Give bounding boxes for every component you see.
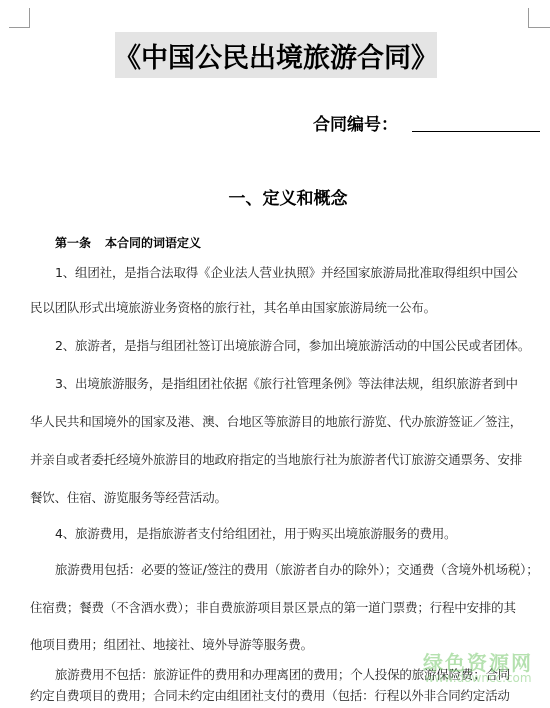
paragraph-line: 住宿费；餐费（不含酒水费）；非自费旅游项目景区景点的第一道门票费；行程中安排的其: [30, 598, 516, 616]
document-page: 《中国公民出境旅游合同》 合同编号： 一、定义和概念 第一条本合同的词语定义 1…: [0, 0, 550, 708]
paragraph-line: 华人民共和国境外的国家及港、澳、台地区等旅游目的地旅行游览、代办旅游签证／签注，: [30, 412, 522, 430]
paragraph-line: 旅游费用包括：必要的签证/签注的费用（旅游者自办的除外）；交通费（含境外机场税）…: [55, 560, 539, 578]
article-title: 本合同的词语定义: [105, 236, 201, 250]
paragraph-line: 3、出境旅游服务，是指组团社依据《旅行社管理条例》等法律法规，组织旅游者到中: [55, 374, 518, 392]
document-title: 《中国公民出境旅游合同》: [114, 36, 438, 75]
paragraph-line: 并亲自或者委托经境外旅游目的地政府指定的当地旅行社为旅游者代订旅游交通票务、安排: [30, 450, 522, 468]
contract-number-blank-field[interactable]: [412, 114, 540, 132]
article-heading: 第一条本合同的词语定义: [55, 234, 201, 251]
article-number: 第一条: [55, 236, 91, 250]
paragraph-line: 1、组团社，是指合法取得《企业法人营业执照》并经国家旅游局批准取得组织中国公: [55, 263, 518, 281]
paragraph-line: 旅游费用不包括：旅游证件的费用和办理离团的费用；个人投保的旅游保险费；合同: [55, 665, 510, 683]
crop-mark-top-right: [528, 8, 550, 28]
paragraph-line: 2、旅游者，是指与组团社签订出境旅游合同，参加出境旅游活动的中国公民或者团体。: [55, 336, 530, 354]
paragraph-line: 4、旅游费用，是指旅游者支付给组团社，用于购买出境旅游服务的费用。: [55, 524, 456, 542]
paragraph-line: 他项目费用；组团社、地接社、境外导游等服务费。: [30, 635, 313, 653]
document-title-box: 《中国公民出境旅游合同》: [115, 32, 437, 78]
crop-mark-top-left: [9, 8, 30, 28]
paragraph-line: 民以团队形式出境旅游业务资格的旅行社，其名单由国家旅游局统一公布。: [30, 298, 436, 316]
contract-number-row: 合同编号：: [313, 110, 540, 135]
paragraph-line: 约定自费项目的费用；合同未约定由组团社支付的费用（包括：行程以外非合同约定活动: [30, 686, 510, 704]
paragraph-line: 餐饮、住宿、游览服务等经营活动。: [30, 488, 227, 506]
contract-number-label: 合同编号：: [313, 110, 398, 135]
section-heading: 一、定义和概念: [0, 184, 550, 209]
